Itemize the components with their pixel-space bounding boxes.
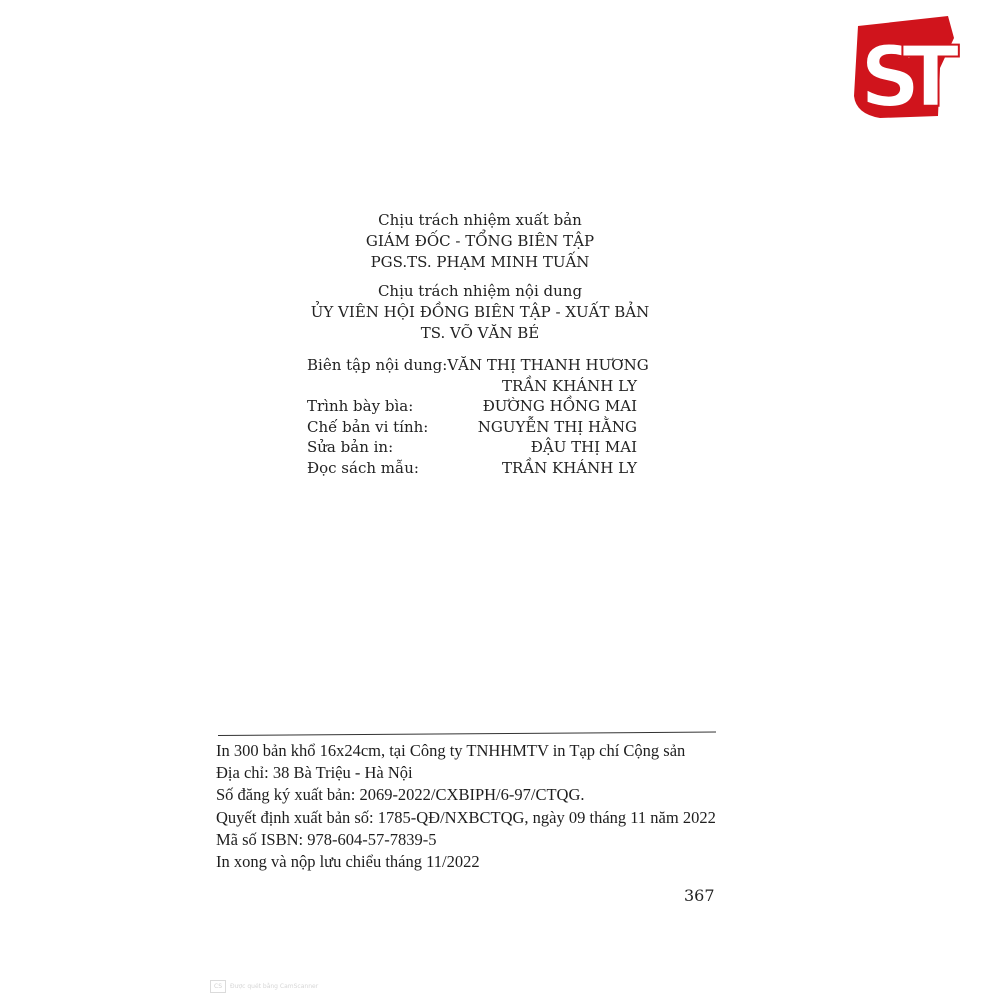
staff-name: TRẦN KHÁNH LY [502,376,637,397]
staff-name: ĐẬU THỊ MAI [531,437,637,458]
content-responsibility-label: Chịu trách nhiệm nội dung [300,281,660,302]
staff-name: ĐƯỜNG HỒNG MAI [483,396,637,417]
imprint-line: Mã số ISBN: 978-604-57-7839-5 [216,829,736,851]
scanner-watermark: CS Được quét bằng CamScanner [210,980,318,993]
staff-role: Sửa bản in: [307,437,393,458]
imprint-line: In 300 bản khổ 16x24cm, tại Công ty TNHH… [216,740,736,762]
staff-row: Chế bản vi tính: NGUYỄN THỊ HẰNG [307,417,637,438]
staff-role: Biên tập nội dung: [307,355,447,376]
publishing-role: GIÁM ĐỐC - TỔNG BIÊN TẬP [300,231,660,252]
staff-role: Trình bày bìa: [307,396,413,417]
camscanner-icon: CS [210,980,226,993]
staff-list: Biên tập nội dung: VĂN THỊ THANH HƯƠNG T… [307,355,637,478]
content-person: TS. VÕ VĂN BÉ [300,323,660,344]
page-number: 367 [684,886,715,905]
publishing-person: PGS.TS. PHẠM MINH TUẤN [300,252,660,273]
staff-row: Sửa bản in: ĐẬU THỊ MAI [307,437,637,458]
staff-row: Biên tập nội dung: VĂN THỊ THANH HƯƠNG [307,355,637,376]
staff-name: VĂN THỊ THANH HƯƠNG [447,355,648,376]
staff-row: TRẦN KHÁNH LY [307,376,637,397]
publishing-responsibility-label: Chịu trách nhiệm xuất bản [300,210,660,231]
staff-role: Đọc sách mẫu: [307,458,419,479]
staff-name: NGUYỄN THỊ HẰNG [478,417,637,438]
staff-name: TRẦN KHÁNH LY [502,458,637,479]
scanner-watermark-text: Được quét bằng CamScanner [230,983,318,990]
svg-text:T: T [902,28,959,118]
imprint-divider [218,732,716,736]
staff-row: Đọc sách mẫu: TRẦN KHÁNH LY [307,458,637,479]
imprint-line: Quyết định xuất bản số: 1785-QĐ/NXBCTQG,… [216,807,736,829]
staff-row: Trình bày bìa: ĐƯỜNG HỒNG MAI [307,396,637,417]
imprint-line: Số đăng ký xuất bản: 2069-2022/CXBIPH/6-… [216,784,736,806]
publishing-credits: Chịu trách nhiệm xuất bản GIÁM ĐỐC - TỔN… [300,210,660,344]
staff-role: Chế bản vi tính: [307,417,428,438]
imprint-block: In 300 bản khổ 16x24cm, tại Công ty TNHH… [216,740,736,873]
imprint-line: Địa chỉ: 38 Bà Triệu - Hà Nội [216,762,736,784]
content-role: ỦY VIÊN HỘI ĐỒNG BIÊN TẬP - XUẤT BẢN [300,302,660,323]
imprint-line: In xong và nộp lưu chiểu tháng 11/2022 [216,851,736,873]
st-logo: S T [850,8,960,118]
